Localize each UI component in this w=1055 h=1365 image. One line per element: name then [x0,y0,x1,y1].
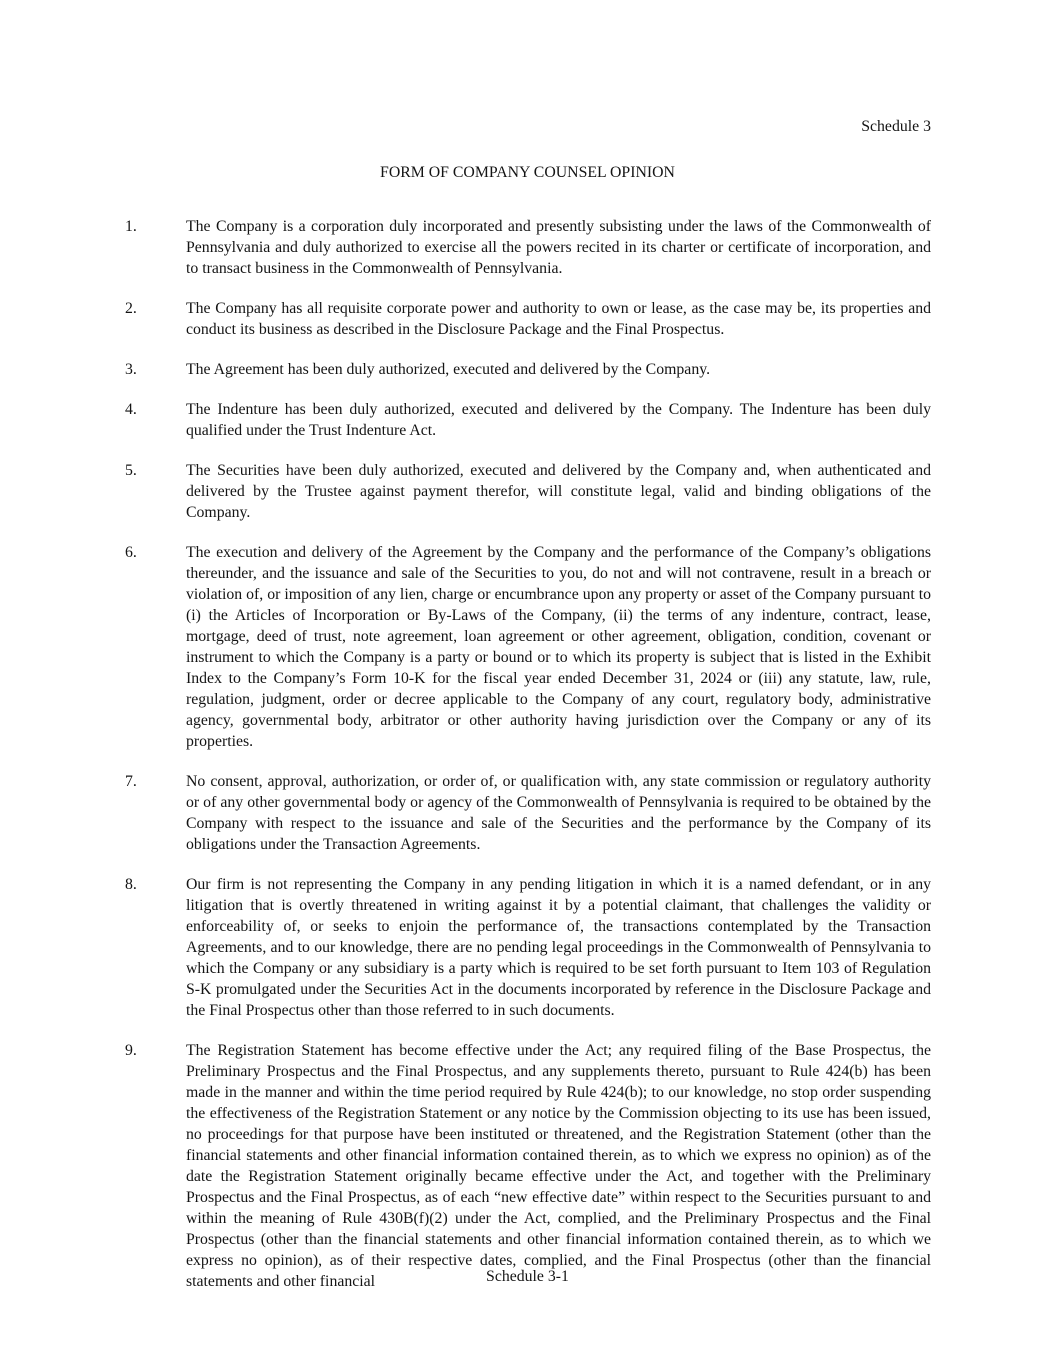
opinion-item-8: 8. Our firm is not representing the Comp… [125,874,931,1021]
paragraph-number: 8. [125,874,186,895]
opinion-item-1: 1. The Company is a corporation duly inc… [125,216,931,279]
paragraph-text: The Indenture has been duly authorized, … [186,399,931,441]
opinion-item-4: 4. The Indenture has been duly authorize… [125,399,931,441]
opinion-list: 1. The Company is a corporation duly inc… [125,216,931,1292]
paragraph-number: 3. [125,359,186,380]
paragraph-number: 5. [125,460,186,481]
paragraph-number: 9. [125,1040,186,1061]
opinion-item-7: 7. No consent, approval, authorization, … [125,771,931,855]
paragraph-number: 1. [125,216,186,237]
page-footer-label: Schedule 3-1 [0,1266,1055,1287]
paragraph-text: The Securities have been duly authorized… [186,460,931,523]
paragraph-text: No consent, approval, authorization, or … [186,771,931,855]
paragraph-text: The Company is a corporation duly incorp… [186,216,931,279]
opinion-item-5: 5. The Securities have been duly authori… [125,460,931,523]
schedule-label: Schedule 3 [861,116,931,137]
paragraph-text: The Registration Statement has become ef… [186,1040,931,1292]
paragraph-number: 4. [125,399,186,420]
opinion-item-3: 3. The Agreement has been duly authorize… [125,359,931,380]
opinion-item-9: 9. The Registration Statement has become… [125,1040,931,1292]
paragraph-number: 2. [125,298,186,319]
paragraph-number: 6. [125,542,186,563]
paragraph-text: The Company has all requisite corporate … [186,298,931,340]
paragraph-text: Our firm is not representing the Company… [186,874,931,1021]
paragraph-text: The Agreement has been duly authorized, … [186,359,931,380]
page-title: FORM OF COMPANY COUNSEL OPINION [0,162,1055,183]
paragraph-number: 7. [125,771,186,792]
paragraph-text: The execution and delivery of the Agreem… [186,542,931,752]
opinion-item-2: 2. The Company has all requisite corpora… [125,298,931,340]
document-page: Schedule 3 FORM OF COMPANY COUNSEL OPINI… [0,0,1055,1365]
opinion-item-6: 6. The execution and delivery of the Agr… [125,542,931,752]
